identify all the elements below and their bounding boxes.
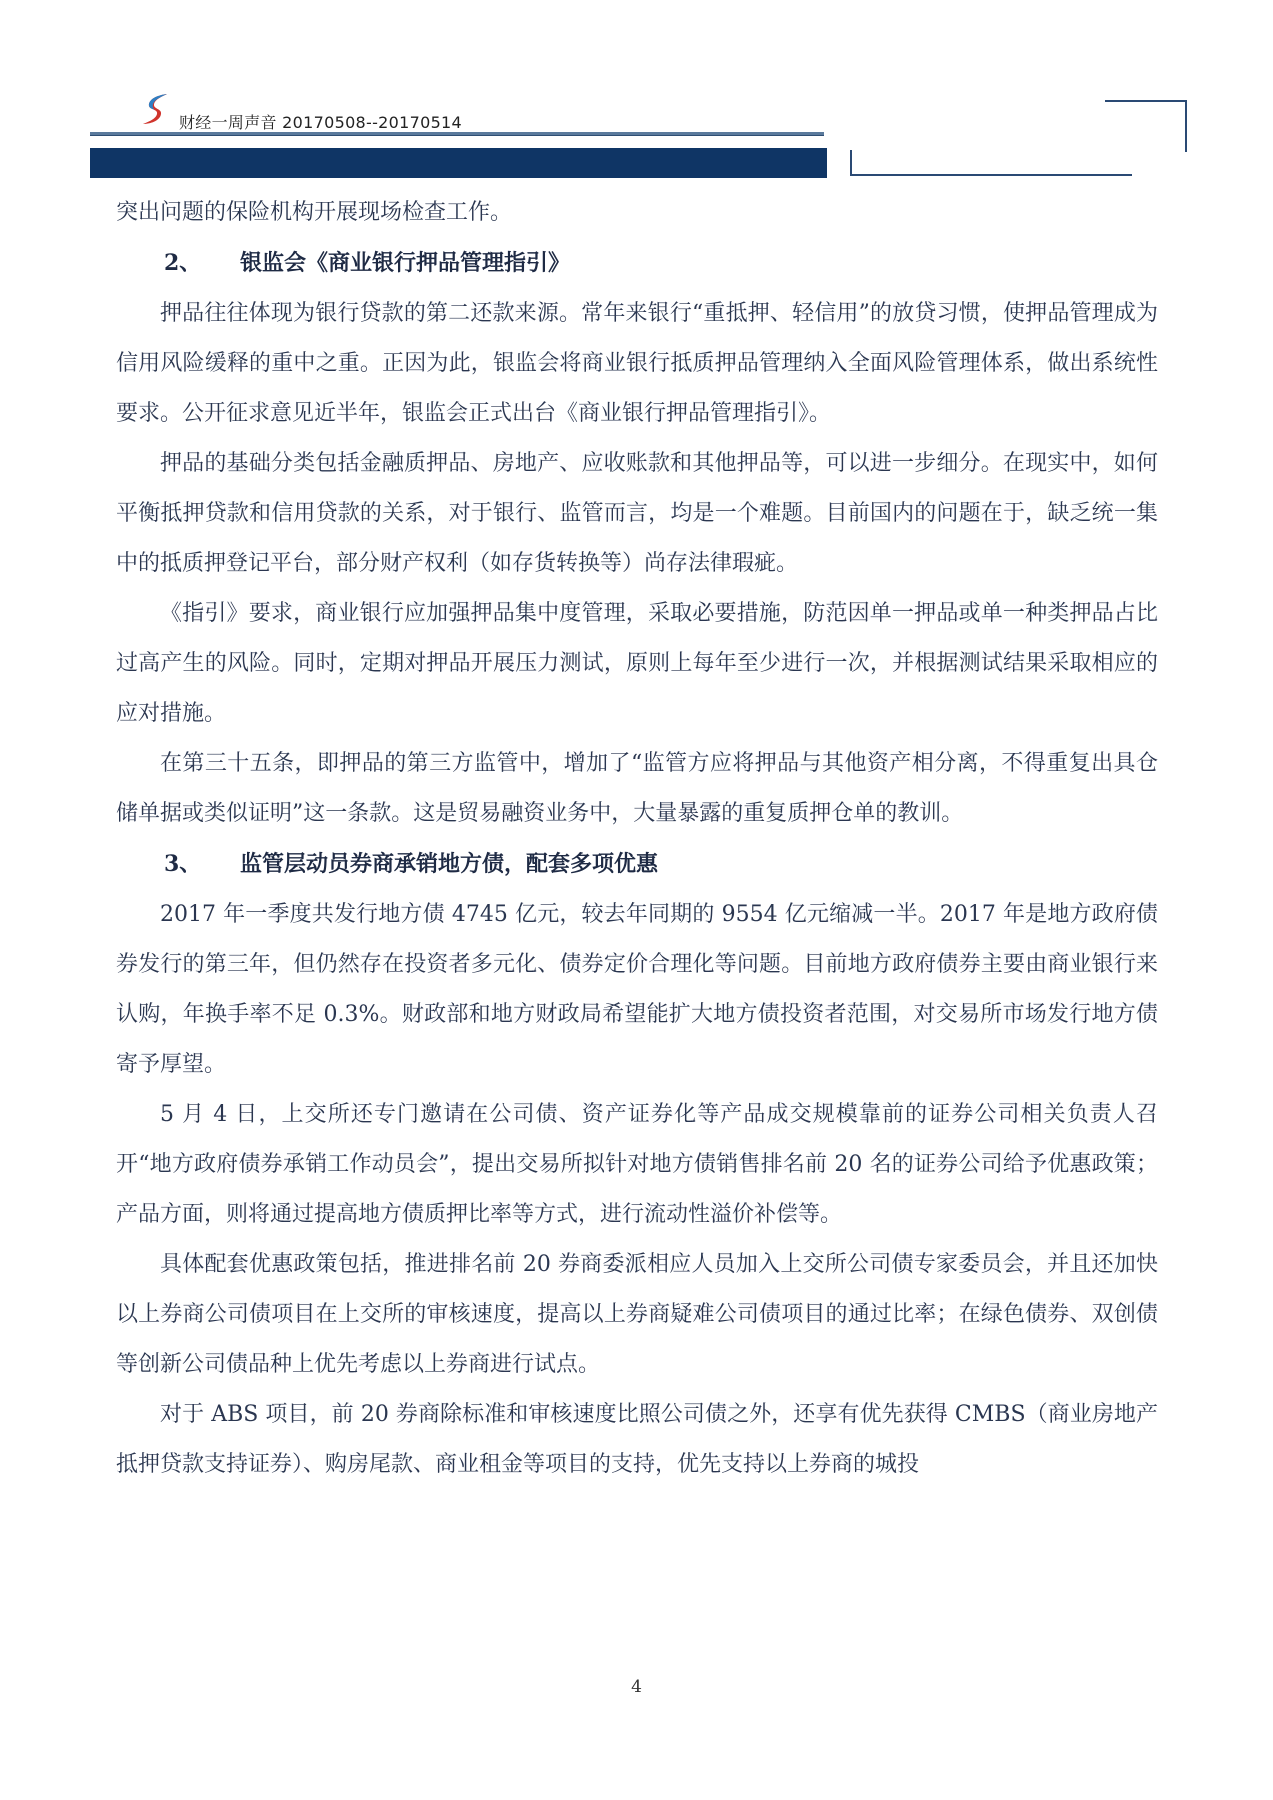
paragraph: 押品的基础分类包括金融质押品、房地产、应收账款和其他押品等，可以进一步细分。在现… bbox=[116, 439, 1158, 589]
paragraph: 2017 年一季度共发行地方债 4745 亿元，较去年同期的 9554 亿元缩减… bbox=[116, 890, 1158, 1090]
swirl-s-logo-icon bbox=[140, 92, 170, 126]
header-rule bbox=[90, 132, 824, 136]
header-box-decoration bbox=[850, 150, 1132, 176]
section-number: 2、 bbox=[164, 238, 240, 288]
section-heading-2: 2、银监会《商业银行押品管理指引》 bbox=[116, 238, 1158, 289]
header-bracket-decoration bbox=[1105, 100, 1187, 152]
header-title: 财经一周声音 20170508--20170514 bbox=[179, 110, 462, 133]
document-body: 突出问题的保险机构开展现场检查工作。 2、银监会《商业银行押品管理指引》 押品往… bbox=[116, 188, 1158, 1490]
header-bar bbox=[90, 148, 827, 178]
paragraph-continuation: 突出问题的保险机构开展现场检查工作。 bbox=[116, 188, 1158, 238]
section-title: 监管层动员券商承销地方债，配套多项优惠 bbox=[240, 852, 658, 877]
section-title: 银监会《商业银行押品管理指引》 bbox=[240, 251, 570, 276]
page-number: 4 bbox=[0, 1677, 1273, 1697]
page-header: 财经一周声音 20170508--20170514 bbox=[0, 0, 1273, 190]
paragraph: 在第三十五条，即押品的第三方监管中，增加了“监管方应将押品与其他资产相分离，不得… bbox=[116, 739, 1158, 839]
paragraph: 押品往往体现为银行贷款的第二还款来源。常年来银行“重抵押、轻信用”的放贷习惯，使… bbox=[116, 289, 1158, 439]
paragraph: 《指引》要求，商业银行应加强押品集中度管理，采取必要措施，防范因单一押品或单一种… bbox=[116, 589, 1158, 739]
paragraph: 对于 ABS 项目，前 20 券商除标准和审核速度比照公司债之外，还享有优先获得… bbox=[116, 1390, 1158, 1490]
section-heading-3: 3、监管层动员券商承销地方债，配套多项优惠 bbox=[116, 839, 1158, 890]
section-number: 3、 bbox=[164, 839, 240, 889]
paragraph: 具体配套优惠政策包括，推进排名前 20 券商委派相应人员加入上交所公司债专家委员… bbox=[116, 1240, 1158, 1390]
paragraph: 5 月 4 日，上交所还专门邀请在公司债、资产证券化等产品成交规模靠前的证券公司… bbox=[116, 1090, 1158, 1240]
